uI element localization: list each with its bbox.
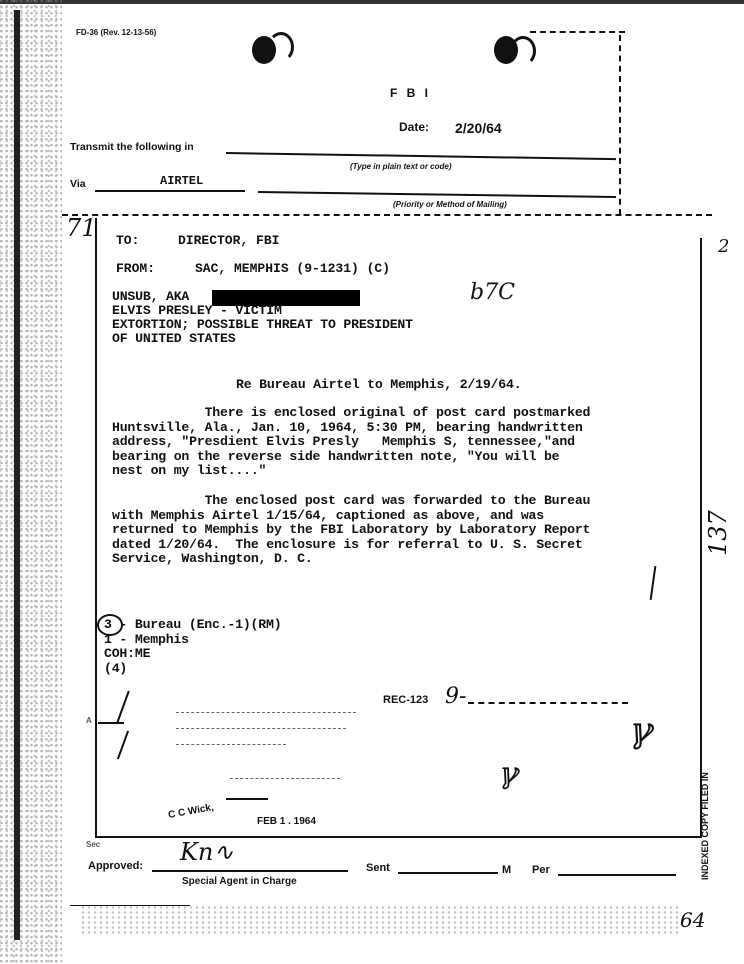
binding-edge: [14, 10, 20, 940]
per-line: [558, 874, 676, 876]
date-label: Date:: [399, 120, 429, 134]
agency-title: F B I: [390, 86, 431, 100]
paragraph-2: The enclosed post card was forwarded to …: [112, 494, 590, 567]
routing-smudge-1: [176, 712, 356, 713]
reference-line: Re Bureau Airtel to Memphis, 2/19/64.: [236, 378, 521, 393]
paragraph-1-line: Huntsville, Ala., Jan. 10, 1964, 5:30 PM…: [112, 421, 590, 436]
sac-signature: Kn∿: [180, 838, 234, 866]
paragraph-2-line: with Memphis Airtel 1/15/64, captioned a…: [112, 509, 590, 524]
paragraph-2-line: The enclosed post card was forwarded to …: [112, 494, 590, 509]
paragraph-2-line: Service, Washington, D. C.: [112, 552, 590, 567]
message-top-dash: [62, 214, 712, 216]
date-stamp: FEB 1 . 1964: [257, 816, 316, 827]
paragraph-1-line: There is enclosed original of post card …: [112, 406, 590, 421]
date-value: 2/20/64: [455, 120, 502, 136]
punch-hole-right-tail: [510, 36, 536, 66]
distribution-list: 3 - Bureau (Enc.-1)(RM) 1 - Memphis COH:…: [104, 618, 281, 676]
sac-label: Special Agent in Charge: [182, 876, 297, 887]
paragraph-1-line: bearing on the reverse side handwritten …: [112, 450, 590, 465]
side-number: 137: [704, 510, 732, 556]
initials-signature-1: ℽ: [498, 756, 518, 791]
transmit-label: Transmit the following in: [70, 141, 194, 153]
file-number: 9-: [445, 684, 466, 709]
scan-noise-left: [0, 0, 62, 964]
message-left-border: [95, 218, 97, 838]
file-number-smudge: [468, 702, 628, 704]
sent-line: [398, 872, 498, 874]
sent-label: Sent: [366, 862, 390, 874]
scan-noise-bottom: [80, 905, 680, 935]
check-mark-2: [117, 731, 129, 760]
to-value: DIRECTOR, FBI: [178, 233, 279, 248]
via-underline-1: [95, 190, 245, 192]
approved-line: [152, 870, 348, 872]
paragraph-1-line: address, "Presdient Elvis Presly Memphis…: [112, 435, 590, 450]
distribution-line: 1 - Memphis: [104, 633, 281, 648]
message-right-border: [700, 238, 702, 838]
distribution-line: COH:ME: [104, 647, 281, 662]
via-label: Via: [70, 178, 86, 190]
check-mark: [116, 691, 130, 724]
routing-underline: [226, 798, 268, 800]
via-underline-2: [258, 191, 616, 198]
from-value: SAC, MEMPHIS (9-1231) (C): [195, 261, 390, 276]
paragraph-2-line: dated 1/20/64. The enclosure is for refe…: [112, 538, 590, 553]
form-number: FD-36 (Rev. 12-13-56): [76, 28, 156, 37]
m-label: M: [502, 864, 511, 876]
margin-mark: 71: [66, 214, 97, 242]
punch-hole-left-tail: [268, 32, 294, 62]
page-number: 64: [680, 908, 705, 932]
initials-signature-2: ℽ: [628, 710, 652, 751]
indexed-stamp: INDEXED COPY FILED IN: [700, 772, 710, 880]
routing-smudge-3: [176, 744, 286, 745]
routing-name: C C Wick,: [167, 802, 214, 821]
routing-slip-label: A: [86, 716, 92, 725]
routing-smudge-2: [176, 728, 346, 729]
distribution-line: (4): [104, 662, 281, 677]
via-hint: (Priority or Method of Mailing): [393, 200, 507, 209]
via-value: AIRTEL: [160, 174, 203, 188]
rec-number-stamp: REC-123: [383, 694, 428, 706]
distribution-line: 3 - Bureau (Enc.-1)(RM): [104, 618, 281, 633]
routing-smudge-4: [230, 778, 340, 779]
paragraph-2-line: returned to Memphis by the FBI Laborator…: [112, 523, 590, 538]
circled-number: [97, 614, 123, 636]
approved-label: Approved:: [88, 860, 143, 872]
exemption-code: b7C: [470, 280, 515, 305]
transmit-hint: (Type in plain text or code): [350, 162, 452, 171]
from-label: FROM:: [116, 261, 155, 276]
paragraph-1-line: nest on my list....": [112, 464, 590, 479]
corner-mark: 2: [718, 236, 729, 257]
handwritten-stroke: [650, 566, 657, 600]
scan-edge-top: [0, 0, 744, 4]
to-label: TO:: [116, 233, 139, 248]
box-top-dash: [530, 31, 625, 33]
paragraph-1: There is enclosed original of post card …: [112, 406, 590, 479]
box-right-dash: [619, 35, 621, 215]
routing-slip-label-bottom: Sec: [86, 840, 100, 849]
subject-line-4: OF UNITED STATES: [112, 332, 235, 347]
routing-check-1: [98, 722, 124, 724]
transmit-underline: [226, 152, 616, 160]
per-label: Per: [532, 864, 550, 876]
